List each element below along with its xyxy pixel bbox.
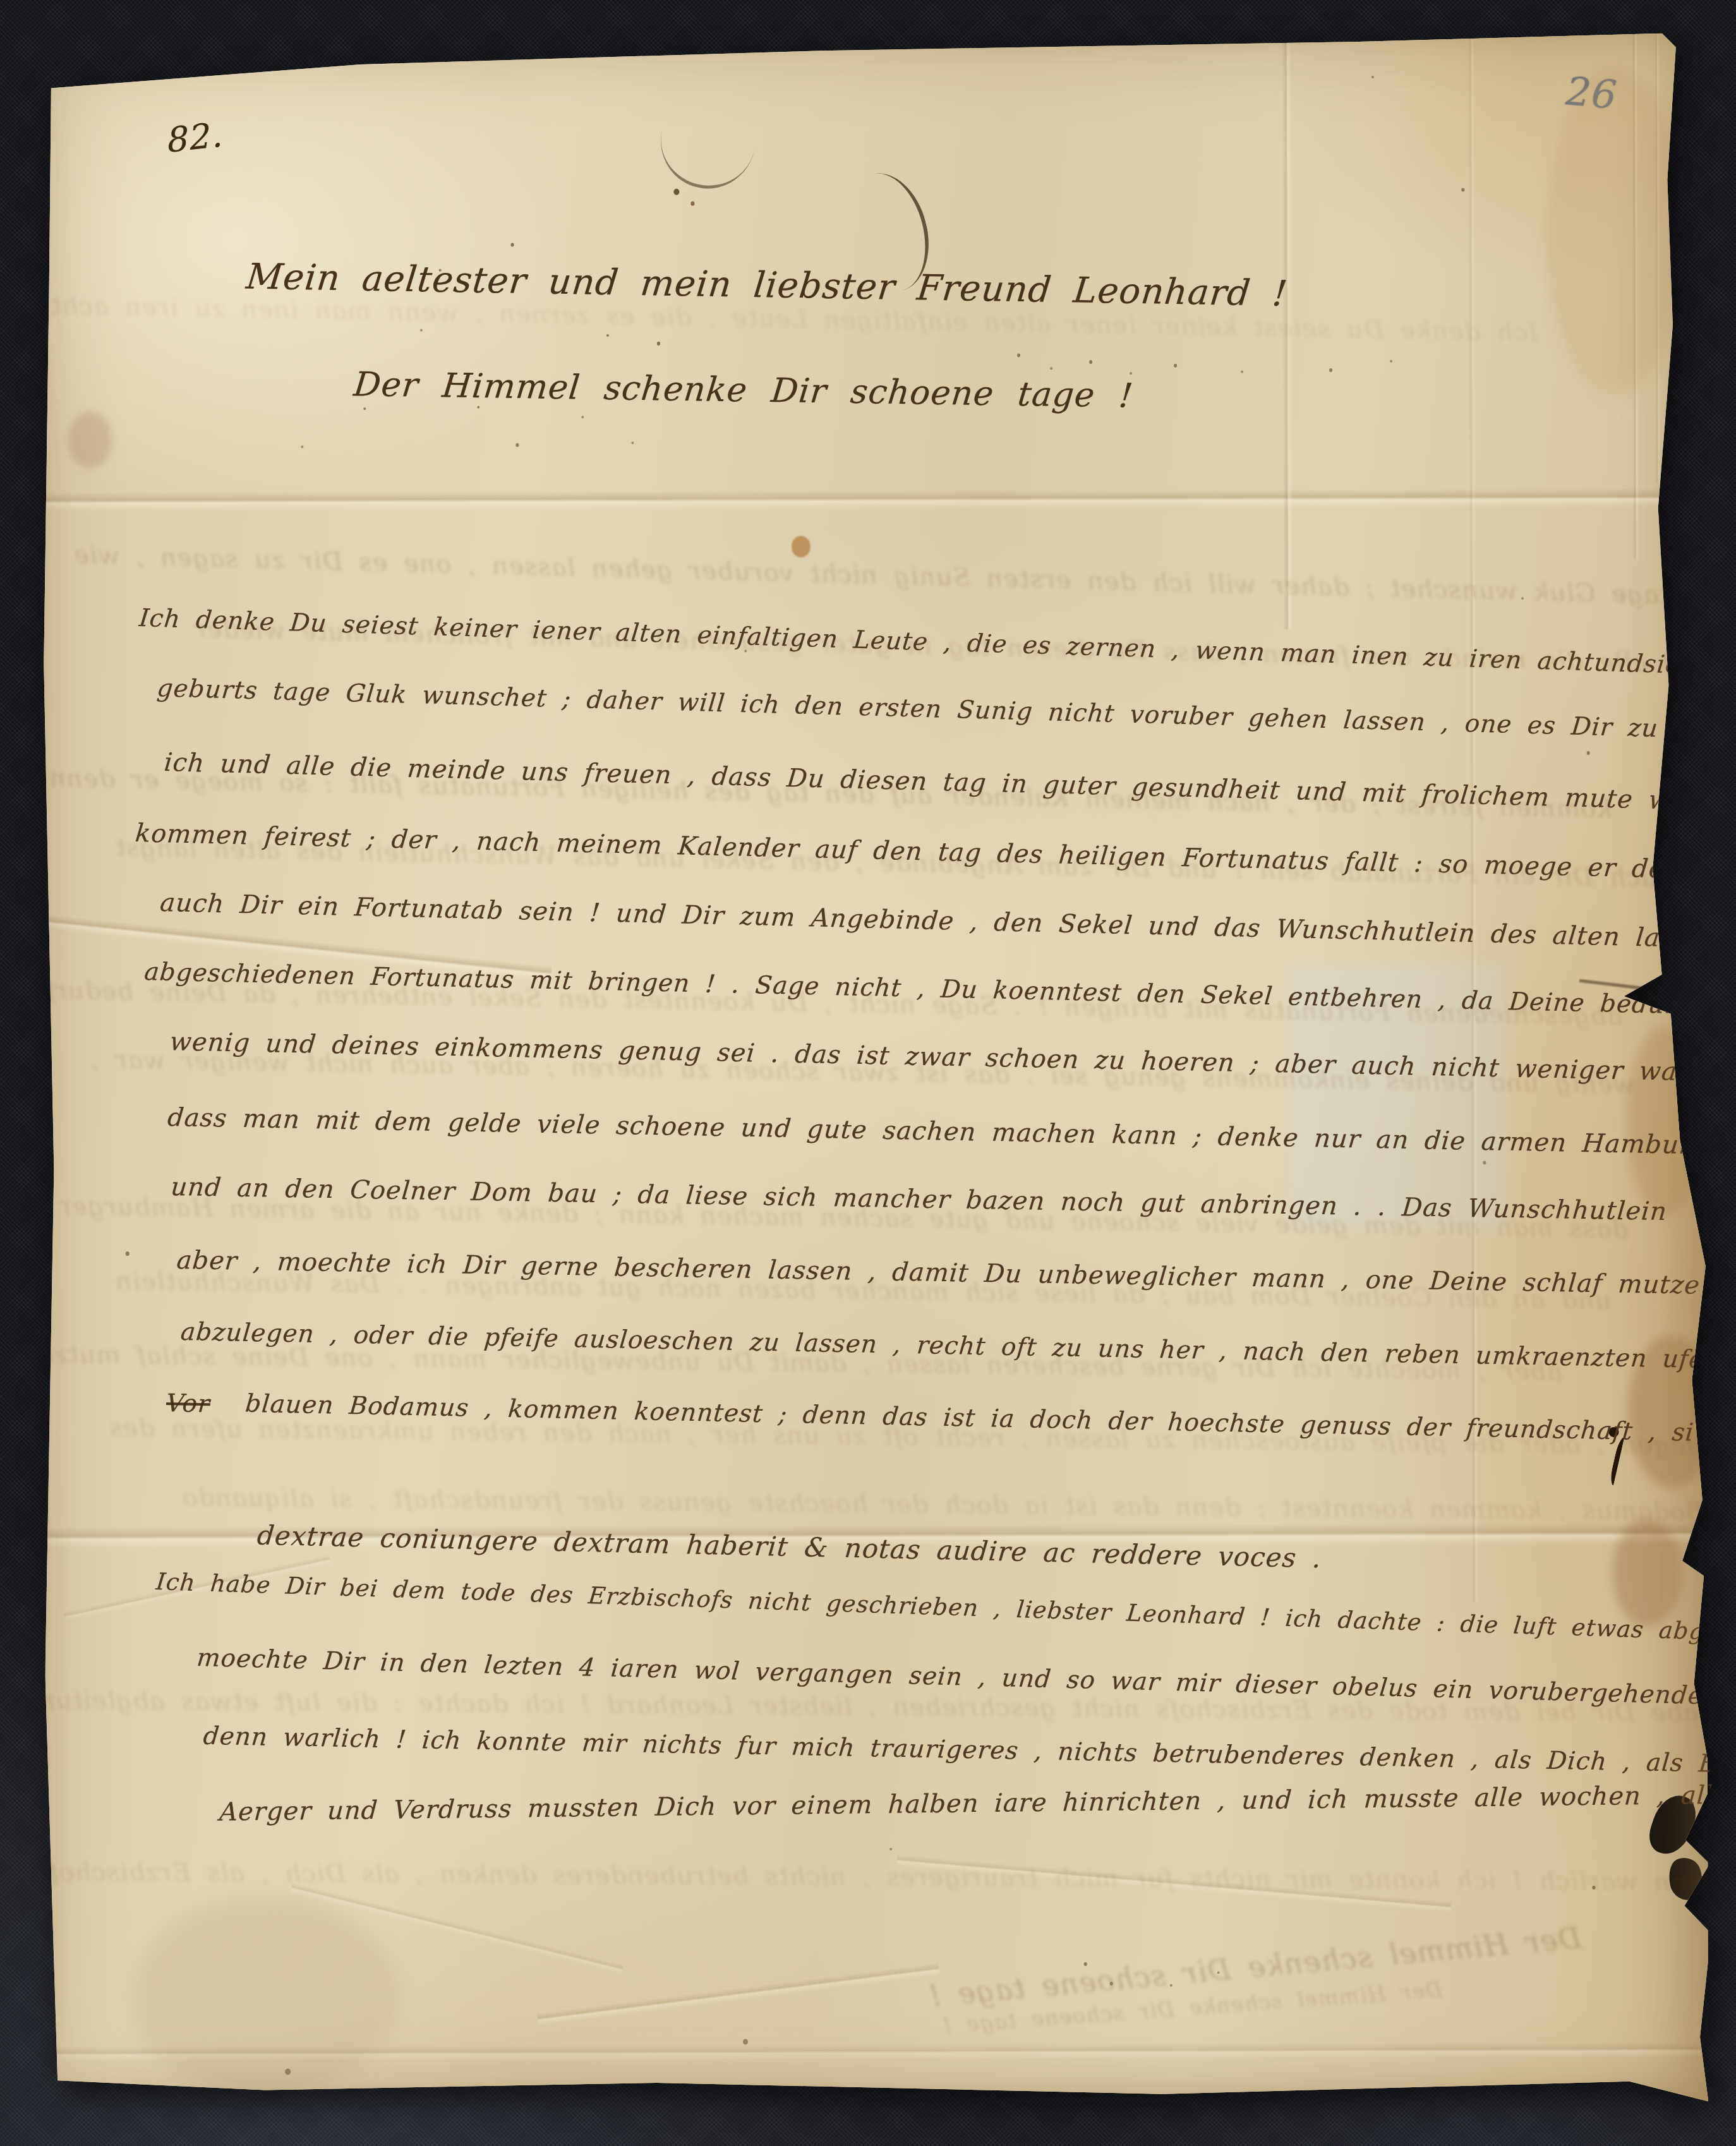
fold-crease <box>37 2042 1708 2062</box>
ink-speck <box>301 445 303 448</box>
letter-line: geburts tage Gluk wunschet ; daher will … <box>155 674 1736 748</box>
letter-line: ich und alle die meinde uns freuen , das… <box>163 748 1736 817</box>
fold-crease <box>33 488 1704 512</box>
ink-speck <box>631 442 634 444</box>
fold-crease <box>290 1883 624 1974</box>
letter-line: kommen feirest ; der , nach meinem Kalen… <box>134 819 1699 884</box>
bleedthrough-text: Der Himmel schenke Dir schoene tage ! <box>941 1977 1443 2039</box>
ink-speck <box>1017 353 1020 357</box>
ink-speck <box>420 329 423 332</box>
ink-speck <box>1130 372 1132 375</box>
ink-speck <box>363 407 366 410</box>
bleedthrough-text: denn warlich ! ich konnte mir nichts fur… <box>22 1857 1720 1896</box>
folio-number: 26 <box>1564 68 1619 118</box>
stain <box>131 1895 397 2098</box>
ink-speck <box>1592 1886 1595 1890</box>
letter-line: Aerger und Verdruss mussten Dich vor ein… <box>219 1780 1736 1827</box>
ink-speck <box>1521 597 1524 600</box>
ink-speck <box>1371 76 1374 78</box>
ink-speck <box>743 2039 748 2045</box>
salutation-line-2: Der Himmel schenke Dir schoene tage ! <box>352 365 1135 415</box>
ink-speck <box>1110 1982 1113 1986</box>
archive-number: 82. <box>167 114 224 160</box>
letter-line: dextrae coniungere dextram haberit & not… <box>256 1520 1323 1574</box>
ink-speck <box>511 243 514 246</box>
letter-line: wenig und deines einkommens genug sei . … <box>169 1027 1716 1087</box>
photo-background: { "page": { "archive_number": "82.", "fo… <box>0 0 1736 2146</box>
ink-speck <box>1461 188 1464 192</box>
ink-speck <box>581 416 584 418</box>
ink-speck <box>673 189 679 195</box>
ink-speck <box>1340 2110 1342 2113</box>
ink-speck <box>1217 1972 1220 1974</box>
ink-speck <box>477 406 479 409</box>
bleedthrough-text: Der Himmel schenke Dir schoene tage ! <box>927 1920 1582 2013</box>
ink-speck <box>1089 360 1092 364</box>
fold-crease <box>1655 28 1661 483</box>
bleedthrough-text: geburts tage Gluk wunschet ; daher will … <box>73 540 1736 613</box>
ink-speck <box>126 1251 130 1256</box>
ink-speck <box>1587 751 1590 755</box>
ink-speck <box>606 334 609 337</box>
letter-line: dass man mit dem gelde viele schoene und… <box>166 1103 1736 1161</box>
ink-speck <box>1329 368 1332 372</box>
ink-speck <box>657 342 660 346</box>
stain <box>1627 1027 1703 1216</box>
fold-crease <box>896 1855 1451 1913</box>
letter-line: und an den Coelner Dom bau ; da liese si… <box>170 1172 1668 1226</box>
ink-speck <box>1050 367 1052 370</box>
ink-speck <box>515 443 519 447</box>
pen-flourish <box>652 82 765 197</box>
letter-line: aber , moechte ich Dir gerne bescheren l… <box>176 1246 1701 1300</box>
ink-speck <box>690 202 694 206</box>
stain <box>68 411 112 468</box>
ink-speck <box>1170 1984 1172 1987</box>
letter-line: denn warlich ! ich konnte mir nichts fur… <box>202 1722 1736 1781</box>
stain <box>1612 1519 1682 1627</box>
letter-paper: 82. 26 Mein aeltester und mein liebster … <box>32 28 1709 2113</box>
letter-line: Ich denke Du seiest keiner iener alten e… <box>138 604 1736 684</box>
bleedthrough-text: blauen Bodamus , kommen koenntest ; denn… <box>182 1483 1736 1528</box>
ink-speck <box>1241 370 1243 373</box>
fold-crease <box>1282 42 1293 629</box>
letter-line: moechte Dir in den lezten 4 iaren wol ve… <box>195 1644 1736 1715</box>
fold-crease <box>1632 28 1639 559</box>
ink-speck <box>1483 1160 1486 1164</box>
ink-speck <box>889 1848 892 1850</box>
letter-line: auch Dir ein Fortunatab sein ! und Dir z… <box>159 888 1720 954</box>
ink-speck <box>285 2068 291 2075</box>
stain <box>792 536 811 557</box>
ink-speck <box>1255 2107 1258 2111</box>
fold-crease <box>537 1963 940 2026</box>
letter-line: Ich habe Dir bei dem tode des Erzbischof… <box>155 1568 1736 1652</box>
salutation-line-1: Mein aeltester und mein liebster Freund … <box>244 256 1289 315</box>
letter-line: abzulegen , oder die pfeife ausloeschen … <box>179 1318 1736 1376</box>
ink-speck <box>1084 1962 1087 1966</box>
ink-speck <box>1390 360 1392 363</box>
letter-line: blauen Bodamus , kommen koenntest ; denn… <box>244 1390 1736 1450</box>
struck-word: Vor <box>165 1389 211 1418</box>
ink-speck <box>1174 364 1177 368</box>
ink-blot <box>1665 1855 1706 1903</box>
letter-line: abgeschiedenen Fortunatus mit bringen ! … <box>143 958 1736 1022</box>
